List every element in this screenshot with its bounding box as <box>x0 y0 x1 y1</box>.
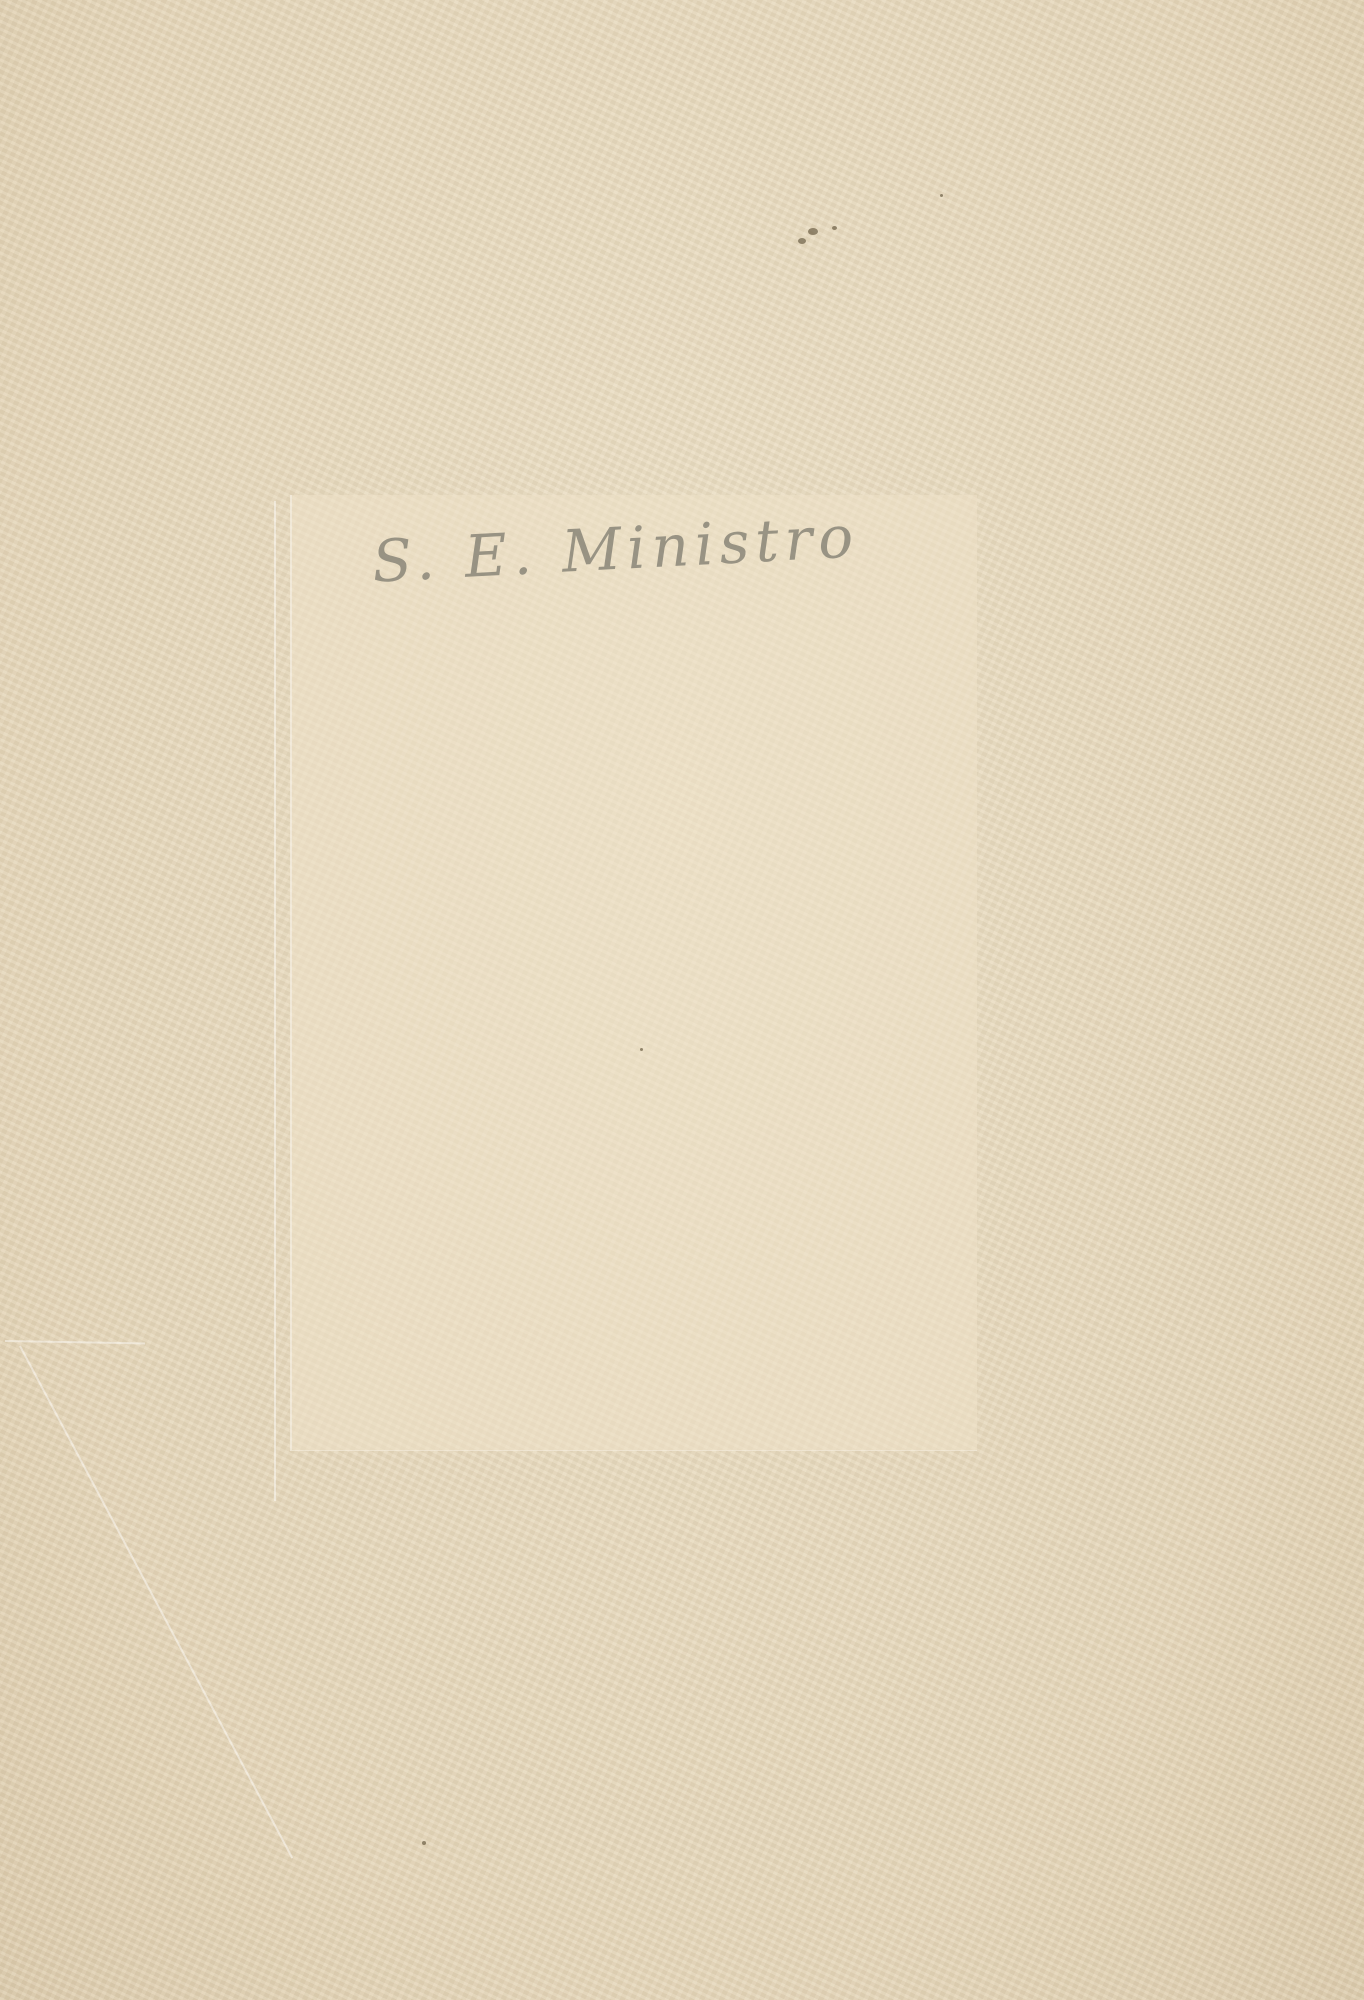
ink-stain <box>940 194 943 197</box>
paper-page: S. E. Ministro <box>0 0 1364 2000</box>
paper-crease <box>274 501 276 1501</box>
ink-stain <box>422 1841 426 1845</box>
paper-crease <box>5 1340 145 1344</box>
ink-stain <box>798 238 806 244</box>
lighter-mounted-area <box>290 495 977 1451</box>
paper-crease <box>19 1346 293 1859</box>
ink-stain <box>808 228 818 235</box>
ink-stain <box>640 1048 643 1051</box>
ink-stain <box>832 226 837 230</box>
